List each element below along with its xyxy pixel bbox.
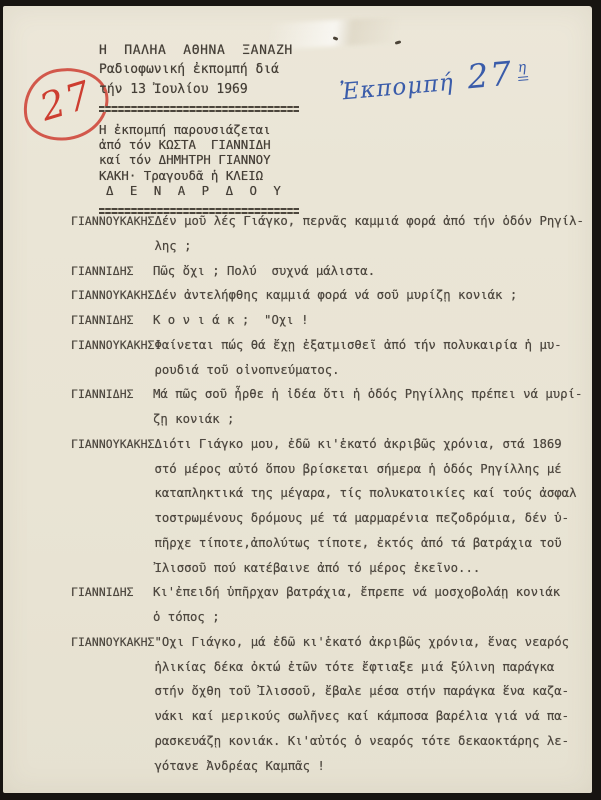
presenter-line: ἀπό τόν ΚΩΣΤΑ ΓΙΑΝΝΙΔΗ	[99, 137, 305, 152]
dialogue-line: Πῶς ὄχι ; Πολύ συχνά μάλιστα.	[153, 259, 582, 284]
dialogue-line: "Οχι Γιάγκο, μά ἐδῶ κι'ἑκατό ἀκριβῶς χρό…	[155, 630, 583, 655]
episode-note-word: Ἐκπομπή	[339, 70, 455, 106]
dialogue-text: "Οχι Γιάγκο, μά ἐδῶ κι'ἑκατό ἀκριβῶς χρό…	[155, 630, 583, 779]
dialogue: ΓΙΑΝΝΟΥΚΑΚΗΣΔέν μοῦ λές Γιάγκο, περνᾶς κ…	[71, 209, 582, 778]
dialogue-line: Κ ο ν ι ά κ ; "Οχι !	[153, 308, 582, 333]
dialogue-text: Μά πῶς σοῦ ἦρθε ἡ ἰδέα ὅτι ἡ ὁδός Ρηγίλλ…	[153, 382, 582, 432]
dialogue-line: λης ;	[155, 234, 584, 259]
dialogue-line: γότανε Ἀνδρέας Καμπᾶς !	[155, 754, 583, 779]
dialogue-row: ΓΙΑΝΝΙΔΗΣΜά πῶς σοῦ ἦρθε ἡ ἰδέα ὅτι ἡ ὁδ…	[71, 382, 582, 432]
dialogue-line: ρασκευάζῃ κονιάκ. Κι'αὐτός ὁ νεαρός τότε…	[155, 729, 583, 754]
page-title: Η ΠΑΛΗΑ ΑΘΗΝΑ ΞΑΝΑΖΗ	[99, 42, 305, 59]
dialogue-line: Διότι Γιάγκο μου, ἐδῶ κι'ἑκατό ἀκριβῶς χ…	[155, 432, 583, 457]
singer-name-line: Δ Ε Ν Α Ρ Δ Ο Υ	[99, 183, 305, 198]
dialogue-line: στήν ὄχθη τοῦ Ἰλισσοῦ, ἔβαλε μέσα στήν π…	[155, 679, 583, 704]
dialogue-text: Κ ο ν ι ά κ ; "Οχι !	[153, 308, 582, 333]
episode-note-ordinal-suffix: η	[516, 59, 528, 81]
dialogue-line: καταπληκτικά της μέγαρα, τίς πολυκατοικί…	[155, 481, 583, 506]
scanned-page: 27 Η ΠΑΛΗΑ ΑΘΗΝΑ ΞΑΝΑΖΗ Ραδιοφωνική ἐκπο…	[3, 6, 592, 793]
document-header: Η ΠΑΛΗΑ ΑΘΗΝΑ ΞΑΝΑΖΗ Ραδιοφωνική ἐκπομπή…	[99, 42, 305, 224]
dialogue-line: Δέν ἀντελήφθης καμμιά φορά νά σοῦ μυρίζῃ…	[155, 283, 583, 308]
dialogue-line: στό μέρος αὐτό ὅπου βρίσκεται σήμερα ἡ ὁ…	[155, 457, 583, 482]
dialogue-row: ΓΙΑΝΝΙΔΗΣΚι'ἐπειδή ὑπῆρχαν βατράχια, ἔπρ…	[71, 580, 582, 630]
dialogue-row: ΓΙΑΝΝΟΥΚΑΚΗΣ"Οχι Γιάγκο, μά ἐδῶ κι'ἑκατό…	[71, 630, 582, 779]
dialogue-line: τοστρωμένους δρόμους μέ τά μαρμαρένια πε…	[155, 506, 583, 531]
dialogue-speaker: ΓΙΑΝΝΙΔΗΣ	[71, 259, 153, 284]
dialogue-line: Φαίνεται πώς θά ἔχῃ ἐξατμισθεῖ ἀπό τήν π…	[155, 333, 583, 358]
dialogue-speaker: ΓΙΑΝΝΟΥΚΑΚΗΣ	[71, 333, 155, 358]
dialogue-speaker: ΓΙΑΝΝΟΥΚΑΚΗΣ	[71, 283, 155, 308]
presenter-line: καί τόν ΔΗΜΗΤΡΗ ΓΙΑΝΝΟΥ	[99, 152, 305, 167]
dialogue-speaker: ΓΙΑΝΝΟΥΚΑΚΗΣ	[71, 209, 155, 234]
episode-note-number: 27	[466, 54, 515, 97]
dialogue-line: Μά πῶς σοῦ ἦρθε ἡ ἰδέα ὅτι ἡ ὁδός Ρηγίλλ…	[153, 382, 582, 407]
dialogue-text: Φαίνεται πώς θά ἔχῃ ἐξατμισθεῖ ἀπό τήν π…	[155, 333, 583, 383]
presenter-line: Η ἐκπομπή παρουσιάζεται	[99, 122, 305, 137]
dialogue-text: Κι'ἐπειδή ὑπῆρχαν βατράχια, ἔπρεπε νά μο…	[153, 580, 582, 630]
broadcast-date-line: τήν 13 Ἰουλίου 1969	[99, 82, 305, 99]
dialogue-line: Δέν μοῦ λές Γιάγκο, περνᾶς καμμιά φορά ἀ…	[155, 209, 584, 234]
handwritten-episode-note: Ἐκπομπή 27 η	[338, 51, 540, 108]
dialogue-line: ζῃ κονιάκ ;	[153, 407, 582, 432]
dialogue-row: ΓΙΑΝΝΟΥΚΑΚΗΣΦαίνεται πώς θά ἔχῃ ἐξατμισθ…	[71, 333, 582, 383]
broadcast-subtitle-line: Ραδιοφωνική ἐκπομπή διά	[99, 62, 305, 79]
dialogue-line: πῆρχε τίποτε,ἀπολύτως τίποτε, ἐκτός ἀπό …	[155, 531, 583, 556]
dialogue-row: ΓΙΑΝΝΟΥΚΑΚΗΣΔέν μοῦ λές Γιάγκο, περνᾶς κ…	[71, 209, 582, 259]
paper-speck	[395, 40, 402, 44]
dialogue-speaker: ΓΙΑΝΝΙΔΗΣ	[71, 580, 153, 605]
presenter-line: ΚΑΚΗ· Τραγουδᾶ ἡ ΚΛΕΙΩ	[99, 168, 305, 183]
dialogue-line: Κι'ἐπειδή ὑπῆρχαν βατράχια, ἔπρεπε νά μο…	[153, 580, 582, 605]
dialogue-text: Διότι Γιάγκο μου, ἐδῶ κι'ἑκατό ἀκριβῶς χ…	[155, 432, 583, 581]
divider-rule	[99, 106, 299, 112]
handwritten-page-number: 27	[35, 72, 98, 129]
dialogue-line: ἡλικίας δέκα ὀκτώ ἐτῶν τότε ἔφτιαξε μιά …	[155, 655, 583, 680]
dialogue-text: Δέν ἀντελήφθης καμμιά φορά νά σοῦ μυρίζῃ…	[155, 283, 583, 308]
dialogue-line: νάκι καί μερικούς σωλῆνες καί κάμποσα βα…	[155, 704, 583, 729]
dialogue-line: ρουδιά τοῦ οἰνοπνεύματος.	[155, 358, 583, 383]
dialogue-text: Πῶς ὄχι ; Πολύ συχνά μάλιστα.	[153, 259, 582, 284]
dialogue-speaker: ΓΙΑΝΝΙΔΗΣ	[71, 382, 153, 407]
dialogue-text: Δέν μοῦ λές Γιάγκο, περνᾶς καμμιά φορά ἀ…	[155, 209, 584, 259]
dialogue-speaker: ΓΙΑΝΝΟΥΚΑΚΗΣ	[71, 432, 155, 457]
dialogue-row: ΓΙΑΝΝΟΥΚΑΚΗΣΔέν ἀντελήφθης καμμιά φορά ν…	[71, 283, 582, 308]
dialogue-line: ὁ τόπος ;	[153, 605, 582, 630]
dialogue-row: ΓΙΑΝΝΙΔΗΣΠῶς ὄχι ; Πολύ συχνά μάλιστα.	[71, 259, 582, 284]
dialogue-row: ΓΙΑΝΝΟΥΚΑΚΗΣΔιότι Γιάγκο μου, ἐδῶ κι'ἑκα…	[71, 432, 582, 581]
dialogue-speaker: ΓΙΑΝΝΙΔΗΣ	[71, 308, 153, 333]
dialogue-row: ΓΙΑΝΝΙΔΗΣΚ ο ν ι ά κ ; "Οχι !	[71, 308, 582, 333]
dialogue-line: Ἰλισσοῦ πού κατέβαινε ἀπό τό μέρος ἐκεῖν…	[155, 556, 583, 581]
dialogue-speaker: ΓΙΑΝΝΟΥΚΑΚΗΣ	[71, 630, 155, 655]
